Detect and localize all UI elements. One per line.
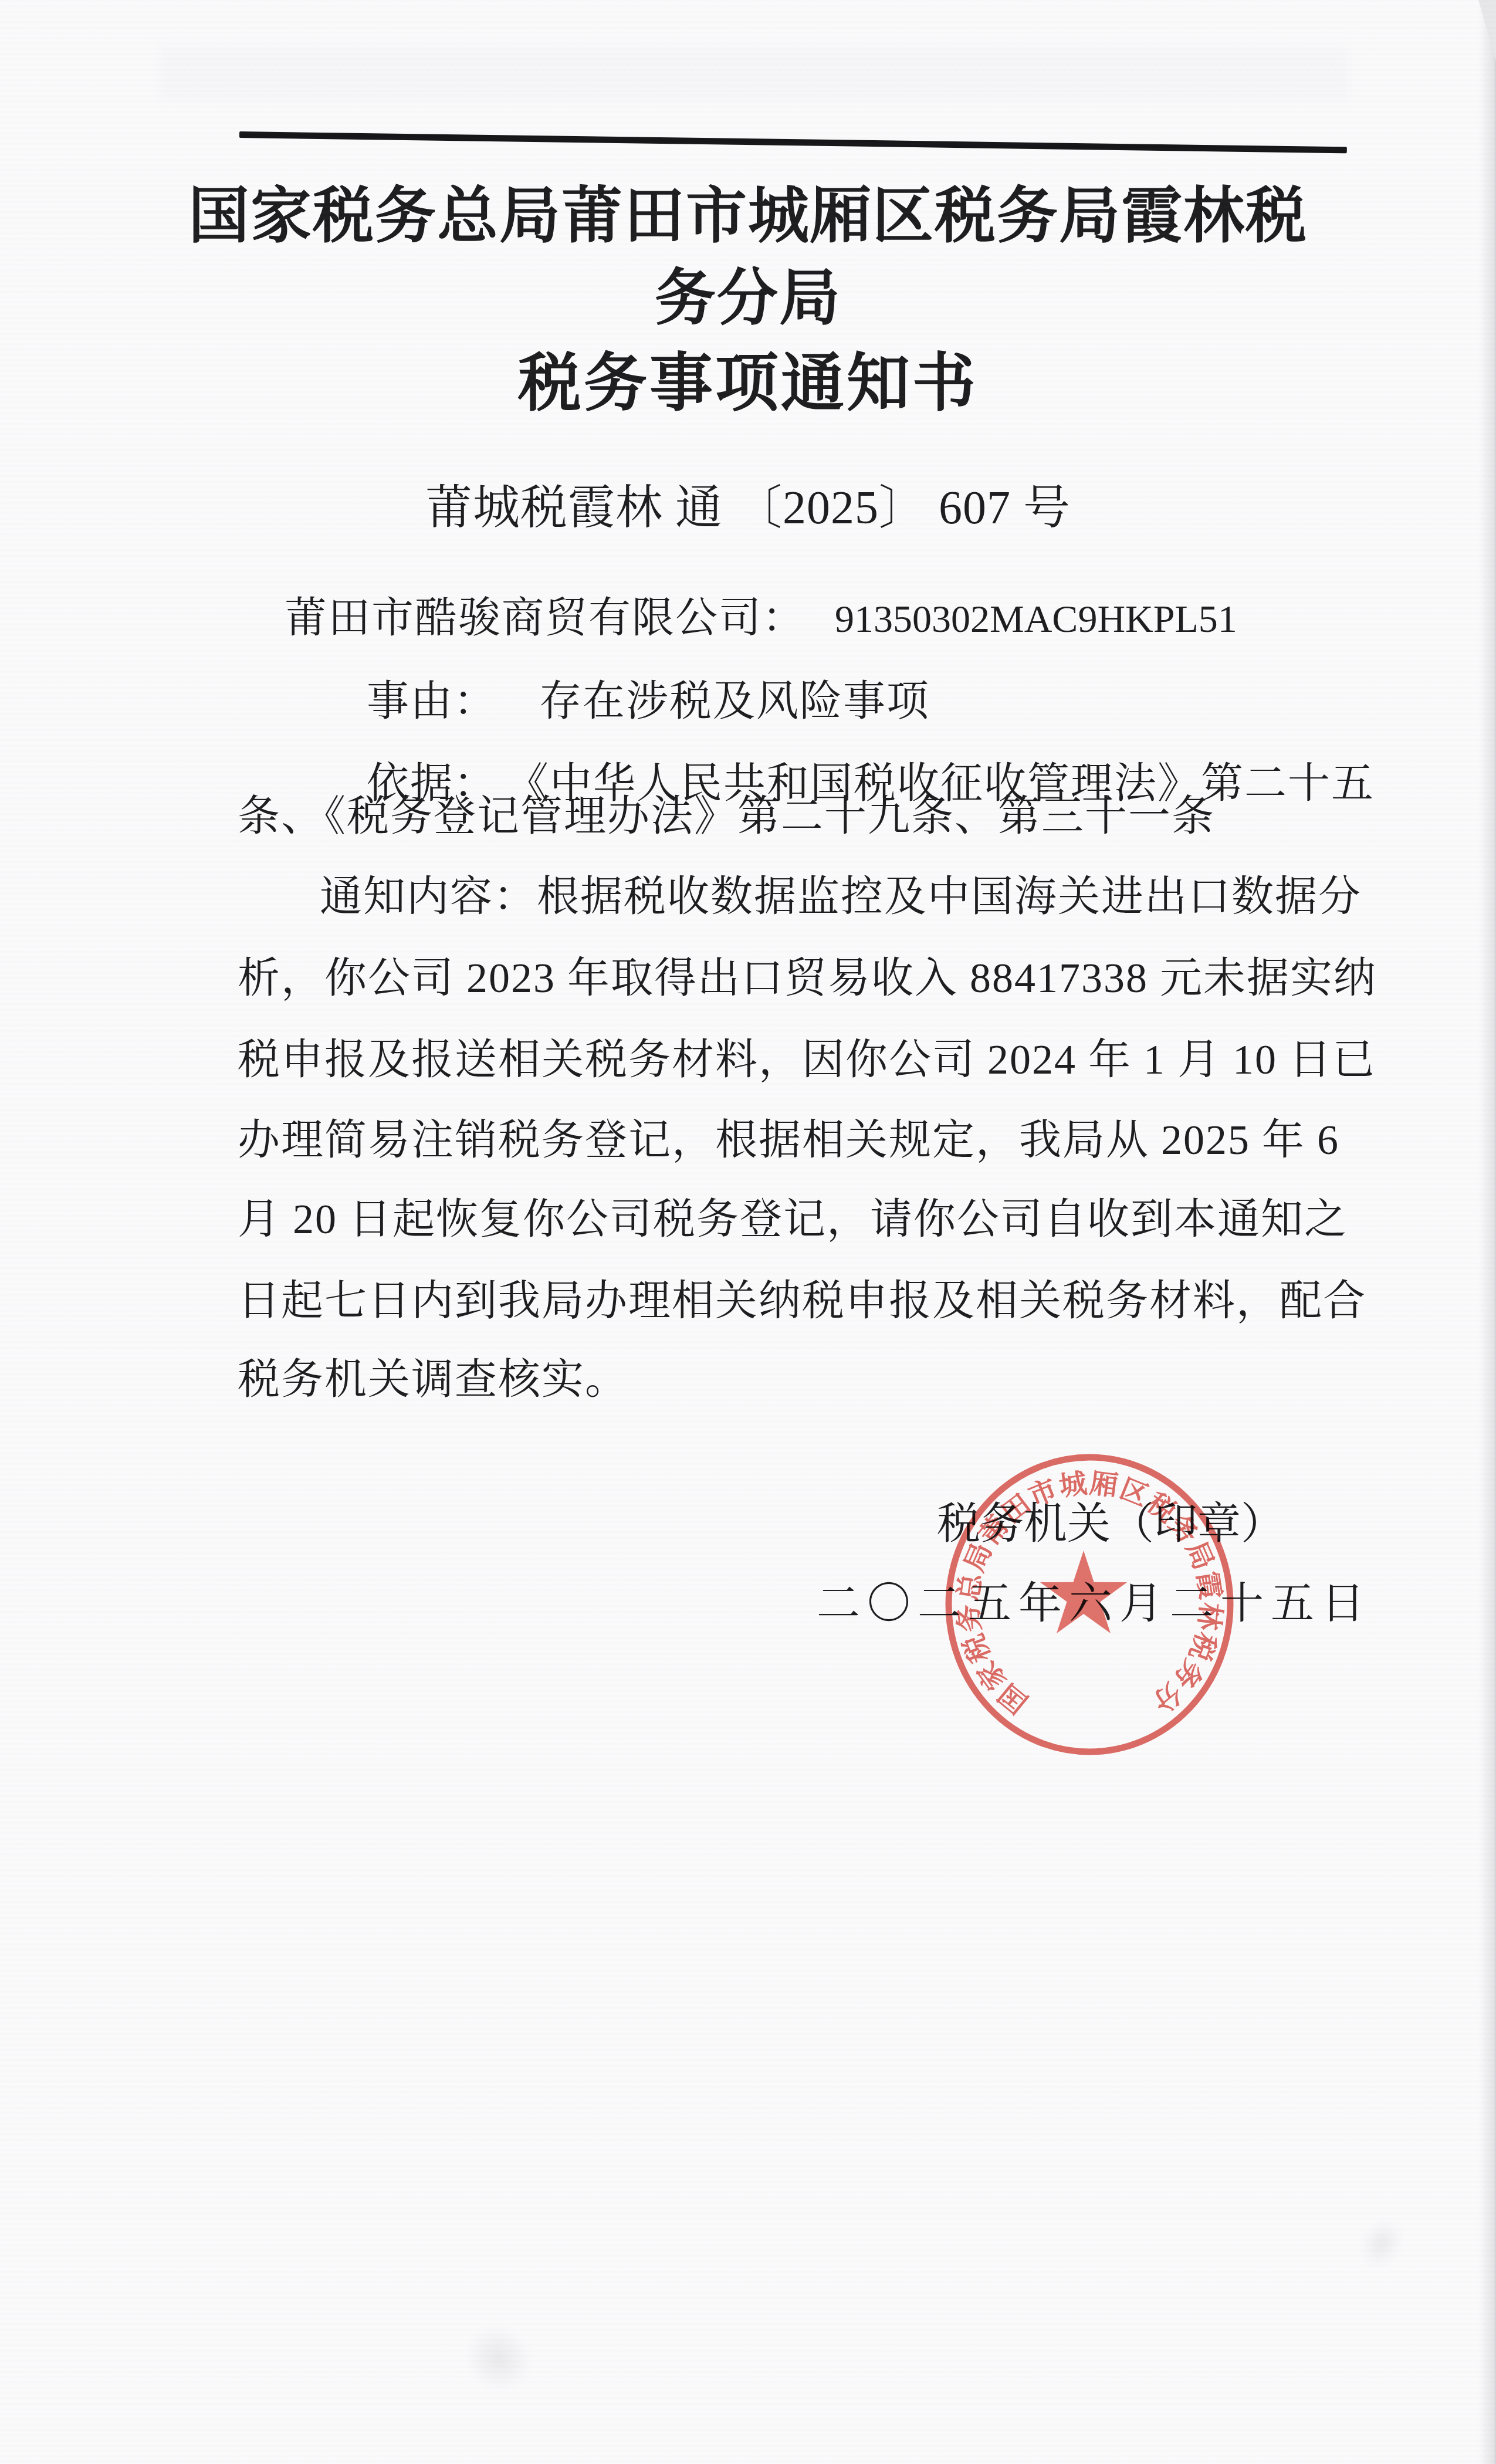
document-title: 税务事项通知书 xyxy=(153,348,1343,418)
scan-smudge xyxy=(451,2311,547,2405)
official-seal-stamp: 国家税务总局莆田市城厢区税务局霞林税务分局 xyxy=(937,1445,1242,1765)
paper-right-edge xyxy=(1478,0,1496,2464)
content-line-5: 月 20 日起恢复你公司税务登记，请你公司自收到本通知之 xyxy=(238,1195,1348,1243)
document-number: 莆城税霞林 通 〔2025〕 607 号 xyxy=(153,481,1343,535)
agency-name-line1: 国家税务总局莆田市城厢区税务局霞林税 xyxy=(153,176,1343,258)
scanned-document-page: 国家税务总局莆田市城厢区税务局霞林税 务分局 税务事项通知书 莆城税霞林 通 〔… xyxy=(0,0,1496,2464)
scan-smudge xyxy=(1351,2211,1413,2277)
content-line-2: 析，你公司 2023 年取得出口贸易收入 88417338 元未据实纳 xyxy=(238,954,1377,1002)
content-line-4: 办理简易注销税务登记，根据相关规定，我局从 2025 年 6 xyxy=(238,1116,1339,1164)
issuing-agency-header: 国家税务总局莆田市城厢区税务局霞林税 务分局 xyxy=(153,176,1343,340)
content-line-3: 税申报及报送相关税务材料，因你公司 2024 年 1 月 10 日已 xyxy=(238,1035,1376,1084)
scan-artifact-band xyxy=(158,47,1349,100)
seal-star-icon xyxy=(1040,1551,1127,1633)
basis-line-2: 条、《税务登记管理办法》第二十九条、第三十一条 xyxy=(238,792,1215,840)
content-line-1: 通知内容：根据税收数据监控及中国海关进出口数据分 xyxy=(320,872,1362,920)
header-rule xyxy=(239,131,1347,153)
content-line-7: 税务机关调查核实。 xyxy=(238,1355,628,1403)
content-line-6: 日起七日内到我局办理相关纳税申报及相关税务材料，配合 xyxy=(238,1277,1366,1325)
agency-name-line2: 务分局 xyxy=(153,258,1343,340)
